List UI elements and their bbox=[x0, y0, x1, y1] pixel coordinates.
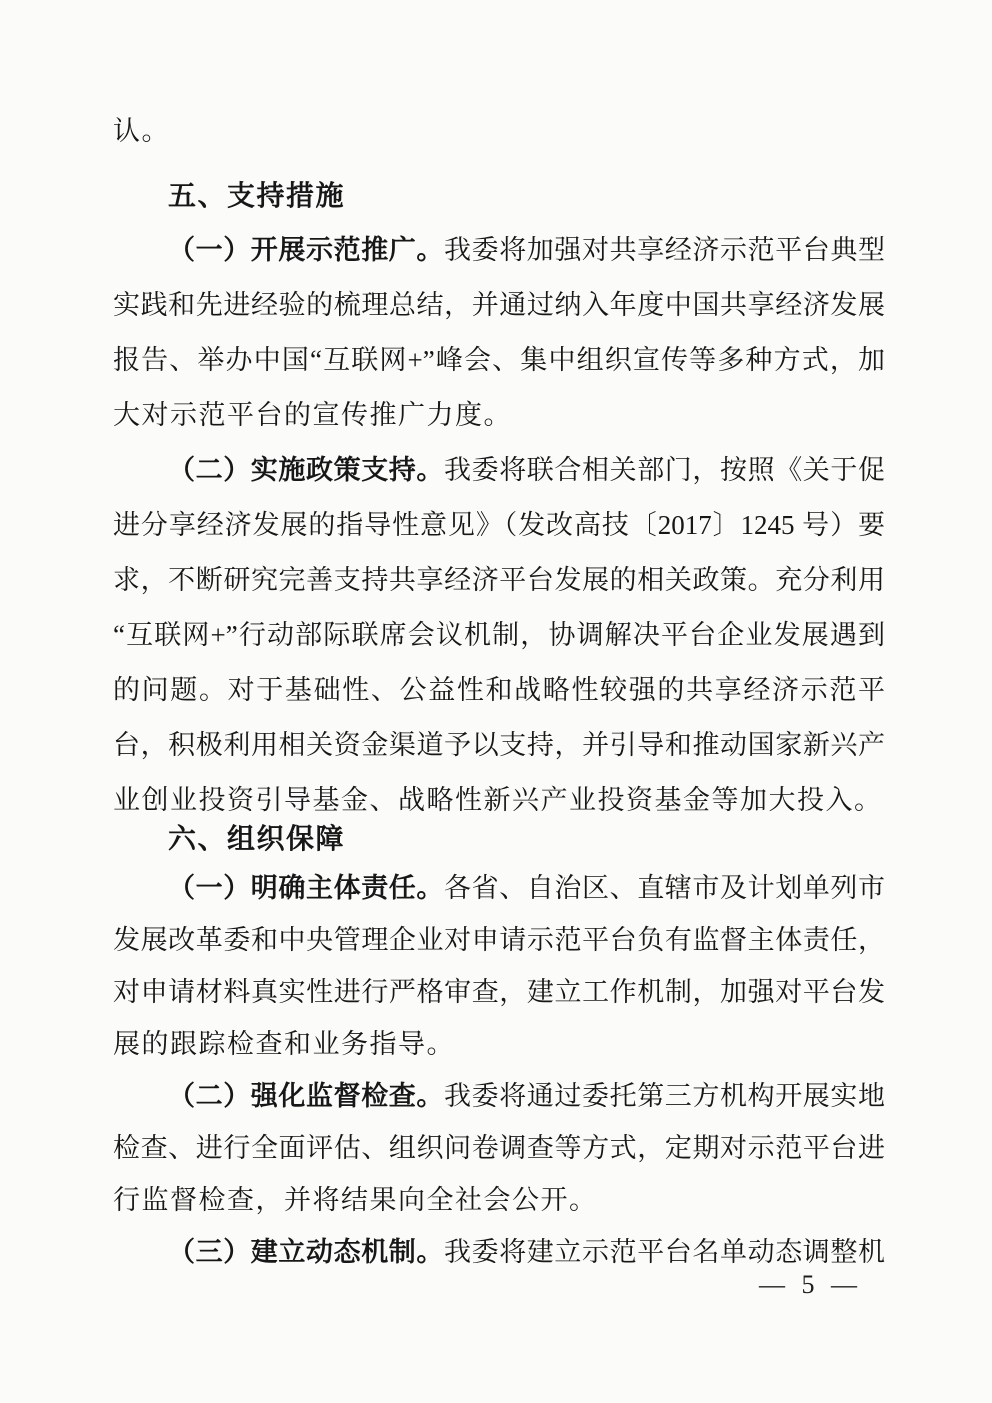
line-text: 我委将通过委托第三方机构开展实地 bbox=[444, 1081, 885, 1111]
line-text: 求，不断研究完善支持共享经济平台发展的相关政策。充分利用 bbox=[113, 565, 885, 595]
line-text: 发展改革委和中央管理企业对申请示范平台负有监督主体责任， bbox=[113, 925, 885, 955]
line-text: 对申请材料真实性进行严格审查，建立工作机制，加强对平台发 bbox=[113, 977, 885, 1007]
text-line: （一）开展示范推广。我委将加强对共享经济示范平台典型 bbox=[113, 223, 885, 278]
line-text: 我委将联合相关部门，按照《关于促 bbox=[444, 455, 885, 485]
section-heading: 五、支持措施 bbox=[113, 168, 885, 223]
text-line: 台，积极利用相关资金渠道予以支持，并引导和推动国家新兴产 bbox=[113, 718, 885, 773]
text-line: 对申请材料真实性进行严格审查，建立工作机制，加强对平台发 bbox=[113, 966, 885, 1018]
line-text: 各省、自治区、直辖市及计划单列市 bbox=[444, 873, 885, 903]
line-text: 行监督检查，并将结果向全社会公开。 bbox=[113, 1185, 598, 1215]
line-text: 检查、进行全面评估、组织问卷调查等方式，定期对示范平台进 bbox=[113, 1133, 885, 1163]
line-text: 五、支持措施 bbox=[168, 180, 345, 211]
scanned-document-page: 认。五、支持措施（一）开展示范推广。我委将加强对共享经济示范平台典型实践和先进经… bbox=[0, 0, 992, 1403]
line-text: 的问题。对于基础性、公益性和战略性较强的共享经济示范平 bbox=[113, 675, 885, 705]
line-text: 业创业投资引导基金、战略性新兴产业投资基金等加大投入。 bbox=[113, 785, 883, 815]
text-line: “互联网+”行动部际联席会议机制，协调解决平台企业发展遇到 bbox=[113, 608, 885, 663]
text-line: 求，不断研究完善支持共享经济平台发展的相关政策。充分利用 bbox=[113, 553, 885, 608]
line-text: 六、组织保障 bbox=[168, 823, 345, 854]
text-line: 展的跟踪检查和业务指导。 bbox=[113, 1018, 885, 1070]
page-number: — 5 — bbox=[759, 1270, 862, 1300]
text-line: 进分享经济发展的指导性意见》（发改高技〔2017〕1245 号）要 bbox=[113, 498, 885, 553]
document-body: 认。五、支持措施（一）开展示范推广。我委将加强对共享经济示范平台典型实践和先进经… bbox=[113, 104, 885, 1278]
line-text: 台，积极利用相关资金渠道予以支持，并引导和推动国家新兴产 bbox=[113, 730, 885, 760]
line-text: 大对示范平台的宣传推广力度。 bbox=[113, 400, 512, 430]
text-line: 检查、进行全面评估、组织问卷调查等方式，定期对示范平台进 bbox=[113, 1122, 885, 1174]
line-text: 我委将建立示范平台名单动态调整机 bbox=[444, 1237, 885, 1267]
paragraph-lead: （一）明确主体责任。 bbox=[168, 873, 444, 903]
text-line: 大对示范平台的宣传推广力度。 bbox=[113, 388, 885, 443]
line-text: “互联网+”行动部际联席会议机制，协调解决平台企业发展遇到 bbox=[113, 620, 885, 650]
paragraph-lead: （三）建立动态机制。 bbox=[168, 1237, 444, 1267]
line-text: 展的跟踪检查和业务指导。 bbox=[113, 1029, 455, 1059]
text-line: （一）明确主体责任。各省、自治区、直辖市及计划单列市 bbox=[113, 862, 885, 914]
line-text: 我委将加强对共享经济示范平台典型 bbox=[444, 235, 885, 265]
paragraph-lead: （二）强化监督检查。 bbox=[168, 1081, 444, 1111]
text-line: 行监督检查，并将结果向全社会公开。 bbox=[113, 1174, 885, 1226]
paragraph-lead: （二）实施政策支持。 bbox=[168, 455, 444, 485]
text-line: （二）强化监督检查。我委将通过委托第三方机构开展实地 bbox=[113, 1070, 885, 1122]
paragraph-lead: （一）开展示范推广。 bbox=[168, 235, 444, 265]
line-text: 进分享经济发展的指导性意见》（发改高技〔2017〕1245 号）要 bbox=[113, 510, 885, 540]
text-line: 的问题。对于基础性、公益性和战略性较强的共享经济示范平 bbox=[113, 663, 885, 718]
text-line: 认。 bbox=[113, 104, 885, 159]
text-line: 实践和先进经验的梳理总结，并通过纳入年度中国共享经济发展 bbox=[113, 278, 885, 333]
text-line: 报告、举办中国“互联网+”峰会、集中组织宣传等多种方式，加 bbox=[113, 333, 885, 388]
line-text: 认。 bbox=[113, 116, 170, 146]
line-text: 报告、举办中国“互联网+”峰会、集中组织宣传等多种方式，加 bbox=[113, 345, 885, 375]
line-text: 实践和先进经验的梳理总结，并通过纳入年度中国共享经济发展 bbox=[113, 290, 885, 320]
text-line: 发展改革委和中央管理企业对申请示范平台负有监督主体责任， bbox=[113, 914, 885, 966]
text-line: （二）实施政策支持。我委将联合相关部门，按照《关于促 bbox=[113, 443, 885, 498]
